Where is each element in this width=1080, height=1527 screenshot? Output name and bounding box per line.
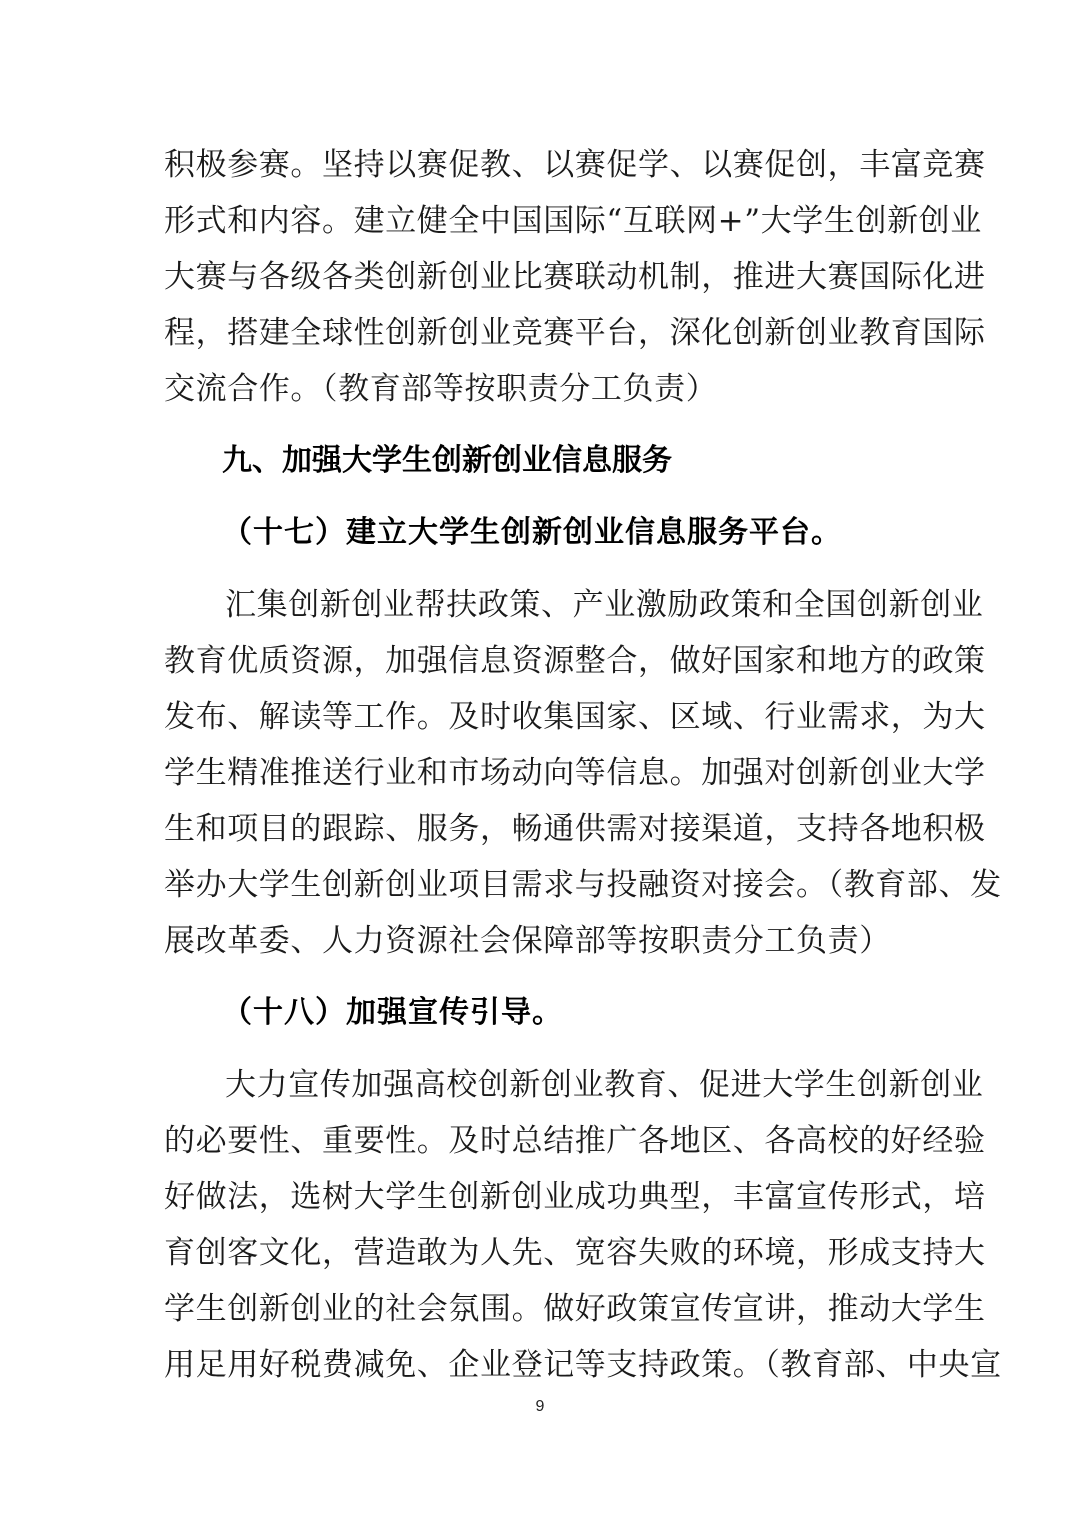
paragraph-line: 积极参赛。坚持以赛促教、以赛促学、以赛促创，丰富竞赛 (164, 145, 916, 185)
paragraph-line: 学生创新创业的社会氛围。做好政策宣传宣讲，推动大学生 (164, 1289, 916, 1329)
paragraph-line: 交流合作。（教育部等按职责分工负责） (164, 369, 916, 409)
paragraph-line: 教育优质资源，加强信息资源整合，做好国家和地方的政策 (164, 641, 916, 681)
paragraph-line: 生和项目的跟踪、服务，畅通供需对接渠道，支持各地积极 (164, 809, 916, 849)
paragraph-line: 发布、解读等工作。及时收集国家、区域、行业需求，为大 (164, 697, 916, 737)
paragraph-line: 形式和内容。建立健全中国国际“互联网+”大学生创新创业 (164, 201, 916, 241)
page-number: 9 (0, 1398, 1080, 1416)
subsection-heading: （十八）加强宣传引导。 (222, 993, 563, 1033)
paragraph-line: 程，搭建全球性创新创业竞赛平台，深化创新创业教育国际 (164, 313, 916, 353)
paragraph-line: 举办大学生创新创业项目需求与投融资对接会。（教育部、发 (164, 865, 916, 905)
paragraph-line: 大赛与各级各类创新创业比赛联动机制，推进大赛国际化进 (164, 257, 916, 297)
section-heading: 九、加强大学生创新创业信息服务 (222, 441, 672, 481)
document-page: 积极参赛。坚持以赛促教、以赛促学、以赛促创，丰富竞赛 形式和内容。建立健全中国国… (0, 0, 1080, 1527)
paragraph-line: 的必要性、重要性。及时总结推广各地区、各高校的好经验 (164, 1121, 916, 1161)
paragraph-line: 好做法，选树大学生创新创业成功典型，丰富宣传形式，培 (164, 1177, 916, 1217)
paragraph-line: 育创客文化，营造敢为人先、宽容失败的环境，形成支持大 (164, 1233, 916, 1273)
paragraph-line: 大力宣传加强高校创新创业教育、促进大学生创新创业 (225, 1065, 916, 1105)
paragraph-line: 用足用好税费减免、企业登记等支持政策。（教育部、中央宣 (164, 1345, 916, 1385)
subsection-heading: （十七）建立大学生创新创业信息服务平台。 (222, 513, 842, 553)
paragraph-line: 汇集创新创业帮扶政策、产业激励政策和全国创新创业 (225, 585, 916, 625)
paragraph-line: 学生精准推送行业和市场动向等信息。加强对创新创业大学 (164, 753, 916, 793)
paragraph-line: 展改革委、人力资源社会保障部等按职责分工负责） (164, 921, 916, 961)
